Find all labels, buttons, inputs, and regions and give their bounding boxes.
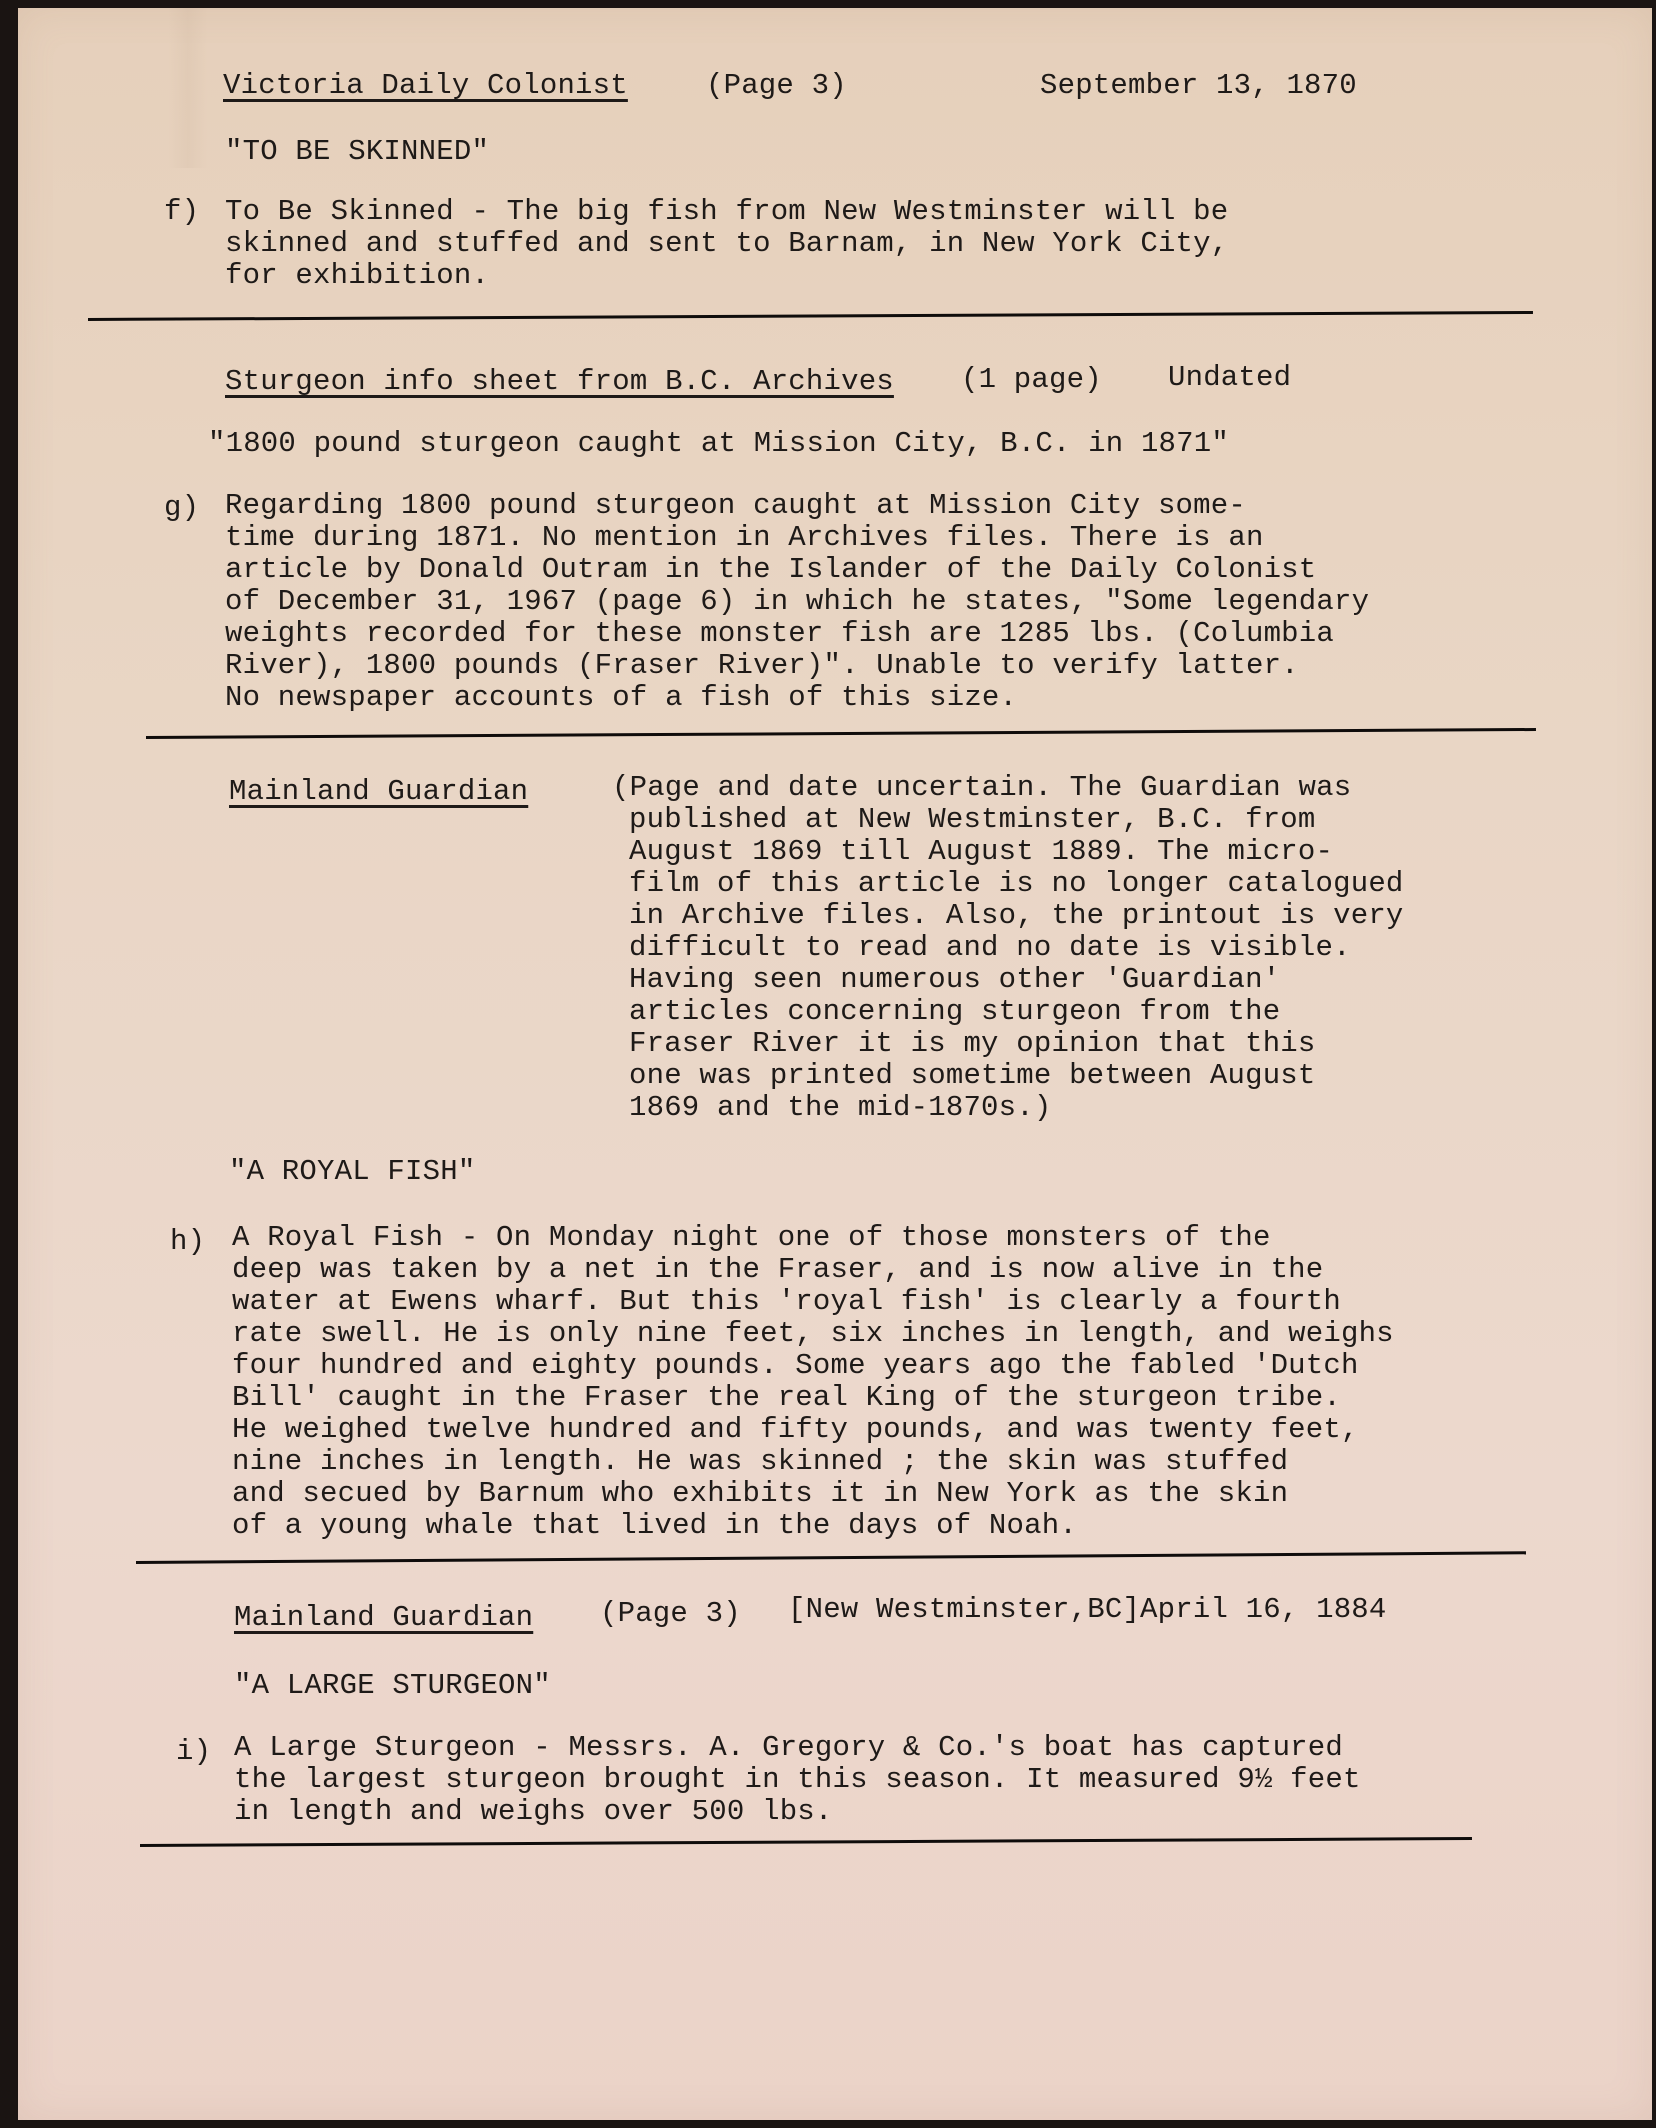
section-divider (146, 728, 1536, 739)
document-page: Victoria Daily Colonist (Page 3) Septemb… (18, 8, 1652, 2120)
source-page: (Page 3) (706, 70, 847, 102)
item-label: h) (170, 1226, 205, 1258)
source-title: Sturgeon info sheet from B.C. Archives (225, 366, 894, 398)
item-label: i) (176, 1736, 211, 1768)
source-page: (1 page) (961, 364, 1102, 396)
source-title: Mainland Guardian (234, 1602, 533, 1634)
item-label: g) (164, 492, 199, 524)
source-date: September 13, 1870 (1040, 70, 1357, 102)
section-divider (140, 1837, 1472, 1847)
headline: "A LARGE STURGEON" (234, 1670, 551, 1702)
source-title: Mainland Guardian (229, 776, 528, 808)
source-date: Undated (1168, 362, 1291, 394)
source-date: [New Westminster,BC]April 16, 1884 (788, 1594, 1387, 1626)
section-divider (136, 1551, 1526, 1564)
source-title: Victoria Daily Colonist (223, 70, 628, 102)
item-label: f) (164, 196, 199, 228)
headline: "1800 pound sturgeon caught at Mission C… (208, 428, 1229, 460)
headline: "TO BE SKINNED" (225, 136, 489, 168)
section-divider (88, 311, 1533, 321)
headline: "A ROYAL FISH" (229, 1156, 475, 1188)
source-page: (Page 3) (600, 1598, 741, 1630)
